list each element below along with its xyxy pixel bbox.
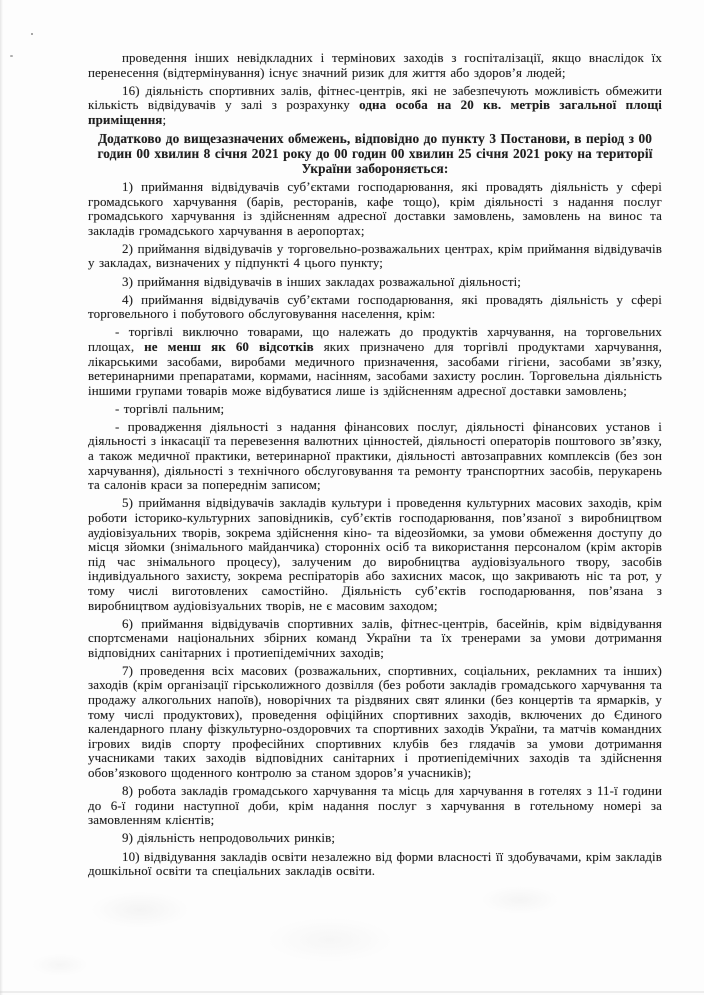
text-segment: проведення інших невідкладних і термінов… <box>88 50 662 80</box>
para-item-16: 16) діяльність спортивних залів, фітнес-… <box>88 84 662 128</box>
text-segment: 9) діяльність непродовольчих ринків; <box>122 830 335 845</box>
text-segment: - торгівлі пальним; <box>115 401 224 416</box>
text-segment: 4) приймання відвідувачів суб’єктами гос… <box>88 292 662 322</box>
text-segment: ; <box>162 112 166 127</box>
text-segment: 6) приймання відвідувачів спортивних зал… <box>88 616 662 660</box>
bold-text-segment: не менш як 60 відсотків <box>144 339 314 354</box>
text-segment: 1) приймання відвідувачів суб’єктами гос… <box>88 179 662 238</box>
text-segment: - провадження діяльності з надання фінан… <box>88 419 662 492</box>
scan-bottom-edge <box>0 991 704 993</box>
para-hospitalization: проведення інших невідкладних і термінов… <box>88 51 662 80</box>
para-item-4-dash-1: - торгівлі виключно товарами, що належат… <box>88 325 662 398</box>
text-segment: 3) приймання відвідувачів в інших заклад… <box>122 274 521 289</box>
scan-speck <box>31 33 33 35</box>
document-text-block: проведення інших невідкладних і термінов… <box>88 51 662 882</box>
para-item-9: 9) діяльність непродовольчих ринків; <box>88 831 662 846</box>
para-item-7: 7) проведення всіх масових (розважальних… <box>88 664 662 781</box>
text-segment: 5) приймання відвідувачів закладів культ… <box>88 495 662 612</box>
scan-edge-shadow <box>0 0 3 995</box>
para-item-4-dash-3: - провадження діяльності з надання фінан… <box>88 420 662 493</box>
para-item-4-dash-2: - торгівлі пальним; <box>88 402 662 417</box>
para-item-8: 8) робота закладів громадського харчуван… <box>88 784 662 828</box>
para-item-2: 2) приймання відвідувачів у торговельно-… <box>88 242 662 271</box>
text-segment: 7) проведення всіх масових (розважальних… <box>88 663 662 780</box>
text-segment: 8) робота закладів громадського харчуван… <box>88 783 662 827</box>
text-segment: 2) приймання відвідувачів у торговельно-… <box>88 241 662 271</box>
para-item-5: 5) приймання відвідувачів закладів культ… <box>88 496 662 613</box>
scan-speck <box>10 55 13 57</box>
para-item-6: 6) приймання відвідувачів спортивних зал… <box>88 617 662 661</box>
heading-additional-restrictions: Додатково до вищезазначених обмежень, ві… <box>88 131 662 176</box>
bold-text-segment: Додатково до вищезазначених обмежень, ві… <box>97 131 652 176</box>
para-item-4: 4) приймання відвідувачів суб’єктами гос… <box>88 293 662 322</box>
para-item-1: 1) приймання відвідувачів суб’єктами гос… <box>88 180 662 238</box>
scan-noise <box>0 855 704 993</box>
para-item-3: 3) приймання відвідувачів в інших заклад… <box>88 275 662 290</box>
document-page: проведення інших невідкладних і термінов… <box>0 0 704 995</box>
